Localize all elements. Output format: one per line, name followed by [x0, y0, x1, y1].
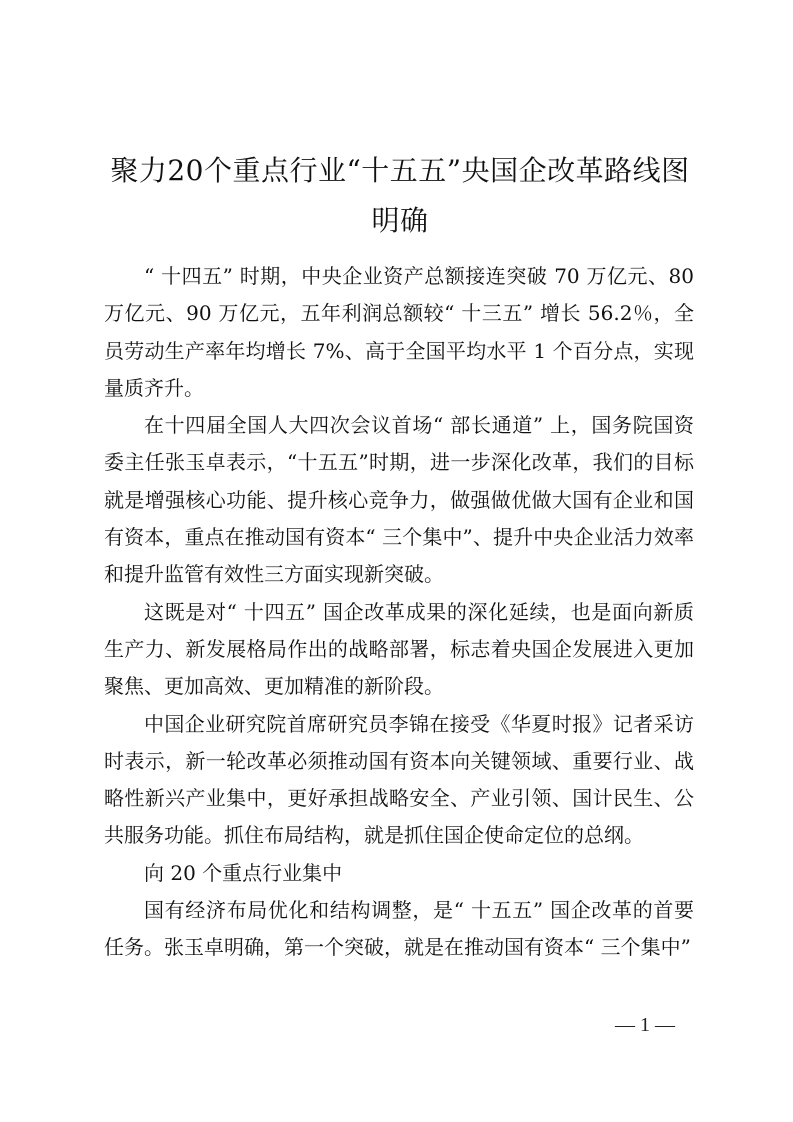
document-title: 聚力20个重点行业“十五五”央国企改革路线图明确	[100, 146, 700, 246]
document-body: “ 十四五” 时期，中央企业资产总额接连突破 70 万亿元、80 万亿元、90 …	[104, 258, 694, 967]
paragraph: 这既是对“ 十四五” 国企改革成果的深化延续，也是面向新质生产力、新发展格局作出…	[104, 594, 694, 706]
page-number: — 1 —	[600, 1014, 690, 1037]
paragraph: 中国企业研究院首席研究员李锦在接受《华夏时报》记者采访时表示，新一轮改革必须推动…	[104, 706, 694, 855]
document-page: 聚力20个重点行业“十五五”央国企改革路线图明确 “ 十四五” 时期，中央企业资…	[0, 0, 793, 1122]
paragraph: “ 十四五” 时期，中央企业资产总额接连突破 70 万亿元、80 万亿元、90 …	[104, 258, 694, 407]
paragraph: 国有经济布局优化和结构调整，是“ 十五五” 国企改革的首要任务。张玉卓明确，第一…	[104, 892, 694, 967]
section-subheading: 向 20 个重点行业集中	[104, 855, 694, 892]
paragraph: 在十四届全国人大四次会议首场“ 部长通道” 上，国务院国资委主任张玉卓表示，“十…	[104, 407, 694, 593]
